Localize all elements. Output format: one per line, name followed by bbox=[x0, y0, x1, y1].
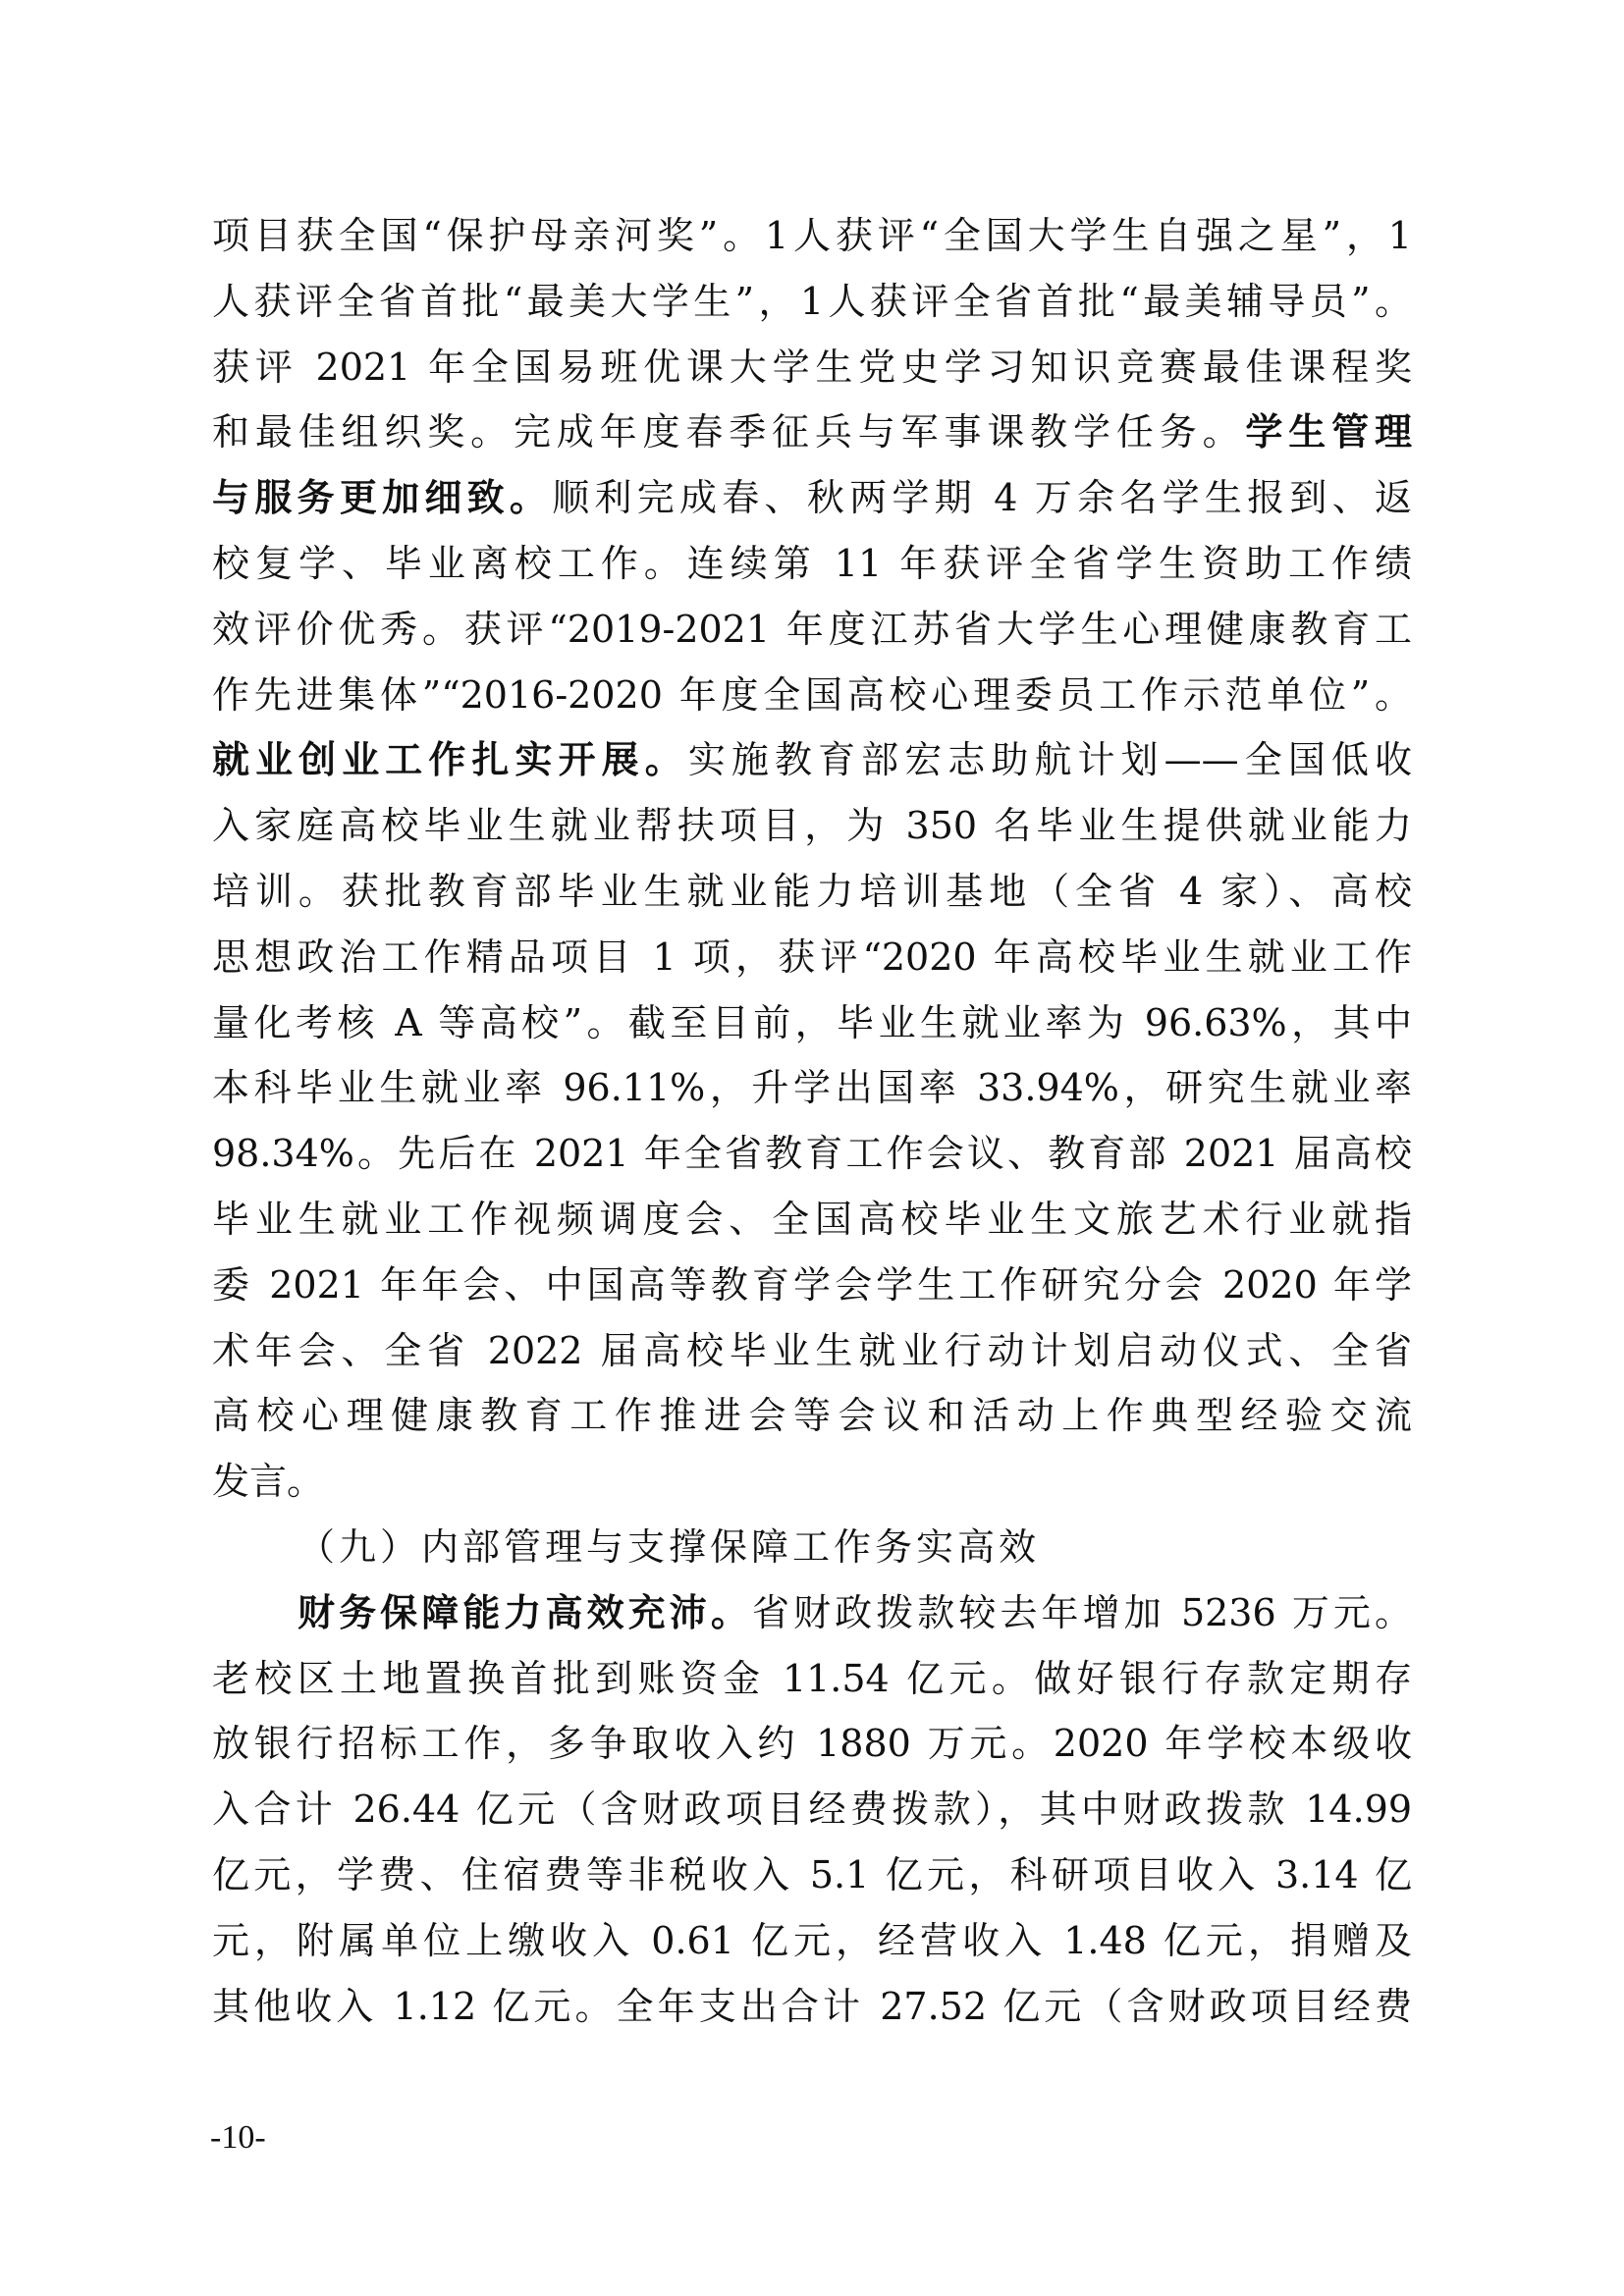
text-line-20: 发言。 bbox=[212, 1456, 1412, 1522]
text-line-27: 元，附属单位上缴收入 0.61 亿元，经营收入 1.48 亿元，捐赠及 bbox=[212, 1915, 1412, 1981]
text-line-15: 98.34%。先后在 2021 年全省教育工作会议、教育部 2021 届高校 bbox=[212, 1128, 1412, 1194]
text-line-22: 财务保障能力高效充沛。省财政拨款较去年增加 5236 万元。 bbox=[212, 1587, 1412, 1653]
bold-lead-employment: 就业创业工作扎实开展。 bbox=[212, 738, 688, 781]
text-line-3: 获评 2021 年全国易班优课大学生党史学习知识竞赛最佳课程奖 bbox=[212, 342, 1412, 407]
page-number: -10- bbox=[210, 2118, 266, 2158]
text-line-13: 量化考核 A 等高校”。截至目前，毕业生就业率为 96.63%，其中 bbox=[212, 997, 1412, 1063]
text-line-14: 本科毕业生就业率 96.11%，升学出国率 33.94%，研究生就业率 bbox=[212, 1062, 1412, 1128]
bold-lead-student-management: 学生管理 bbox=[1245, 410, 1412, 454]
text-line-24: 放银行招标工作，多争取收入约 1880 万元。2020 年学校本级收 bbox=[212, 1718, 1412, 1784]
bold-lead-student-management-cont: 与服务更加细致。 bbox=[212, 476, 552, 519]
document-body: 项目获全国“保护母亲河奖”。1人获评“全国大学生自强之星”，1 人获评全省首批“… bbox=[212, 210, 1412, 2046]
text-line-19: 高校心理健康教育工作推进会等会议和活动上作典型经验交流 bbox=[212, 1390, 1412, 1456]
text-line-16: 毕业生就业工作视频调度会、全国高校毕业生文旅艺术行业就指 bbox=[212, 1194, 1412, 1259]
text-line-12: 思想政治工作精品项目 1 项，获评“2020 年高校毕业生就业工作 bbox=[212, 932, 1412, 997]
text-line-18: 术年会、全省 2022 届高校毕业生就业行动计划启动仪式、全省 bbox=[212, 1325, 1412, 1391]
text-line-28: 其他收入 1.12 亿元。全年支出合计 27.52 亿元（含财政项目经费 bbox=[212, 1981, 1412, 2047]
text-line-6: 校复学、毕业离校工作。连续第 11 年获评全省学生资助工作绩 bbox=[212, 538, 1412, 604]
text-line-17: 委 2021 年年会、中国高等教育学会学生工作研究分会 2020 年学 bbox=[212, 1259, 1412, 1325]
text-line-4: 和最佳组织奖。完成年度春季征兵与军事课教学任务。学生管理 bbox=[212, 406, 1412, 472]
text-line-9: 就业创业工作扎实开展。实施教育部宏志助航计划——全国低收 bbox=[212, 734, 1412, 800]
text-line-1: 项目获全国“保护母亲河奖”。1人获评“全国大学生自强之星”，1 bbox=[212, 210, 1412, 276]
section-heading: （九）内部管理与支撑保障工作务实高效 bbox=[212, 1522, 1412, 1587]
text-line-23: 老校区土地置换首批到账资金 11.54 亿元。做好银行存款定期存 bbox=[212, 1653, 1412, 1719]
text-line-8: 作先进集体”“2016-2020 年度全国高校心理委员工作示范单位”。 bbox=[212, 669, 1412, 735]
text-line-2: 人获评全省首批“最美大学生”，1人获评全省首批“最美辅导员”。 bbox=[212, 276, 1412, 342]
text-line-25: 入合计 26.44 亿元（含财政项目经费拨款），其中财政拨款 14.99 bbox=[212, 1784, 1412, 1849]
text-line-10: 入家庭高校毕业生就业帮扶项目，为 350 名毕业生提供就业能力 bbox=[212, 800, 1412, 866]
text-line-11: 培训。获批教育部毕业生就业能力培训基地（全省 4 家）、高校 bbox=[212, 866, 1412, 932]
text-line-7: 效评价优秀。获评“2019-2021 年度江苏省大学生心理健康教育工 bbox=[212, 604, 1412, 669]
text-line-26: 亿元，学费、住宿费等非税收入 5.1 亿元，科研项目收入 3.14 亿 bbox=[212, 1849, 1412, 1915]
text-line-5: 与服务更加细致。顺利完成春、秋两学期 4 万余名学生报到、返 bbox=[212, 472, 1412, 538]
bold-lead-finance: 财务保障能力高效充沛。 bbox=[298, 1591, 752, 1634]
